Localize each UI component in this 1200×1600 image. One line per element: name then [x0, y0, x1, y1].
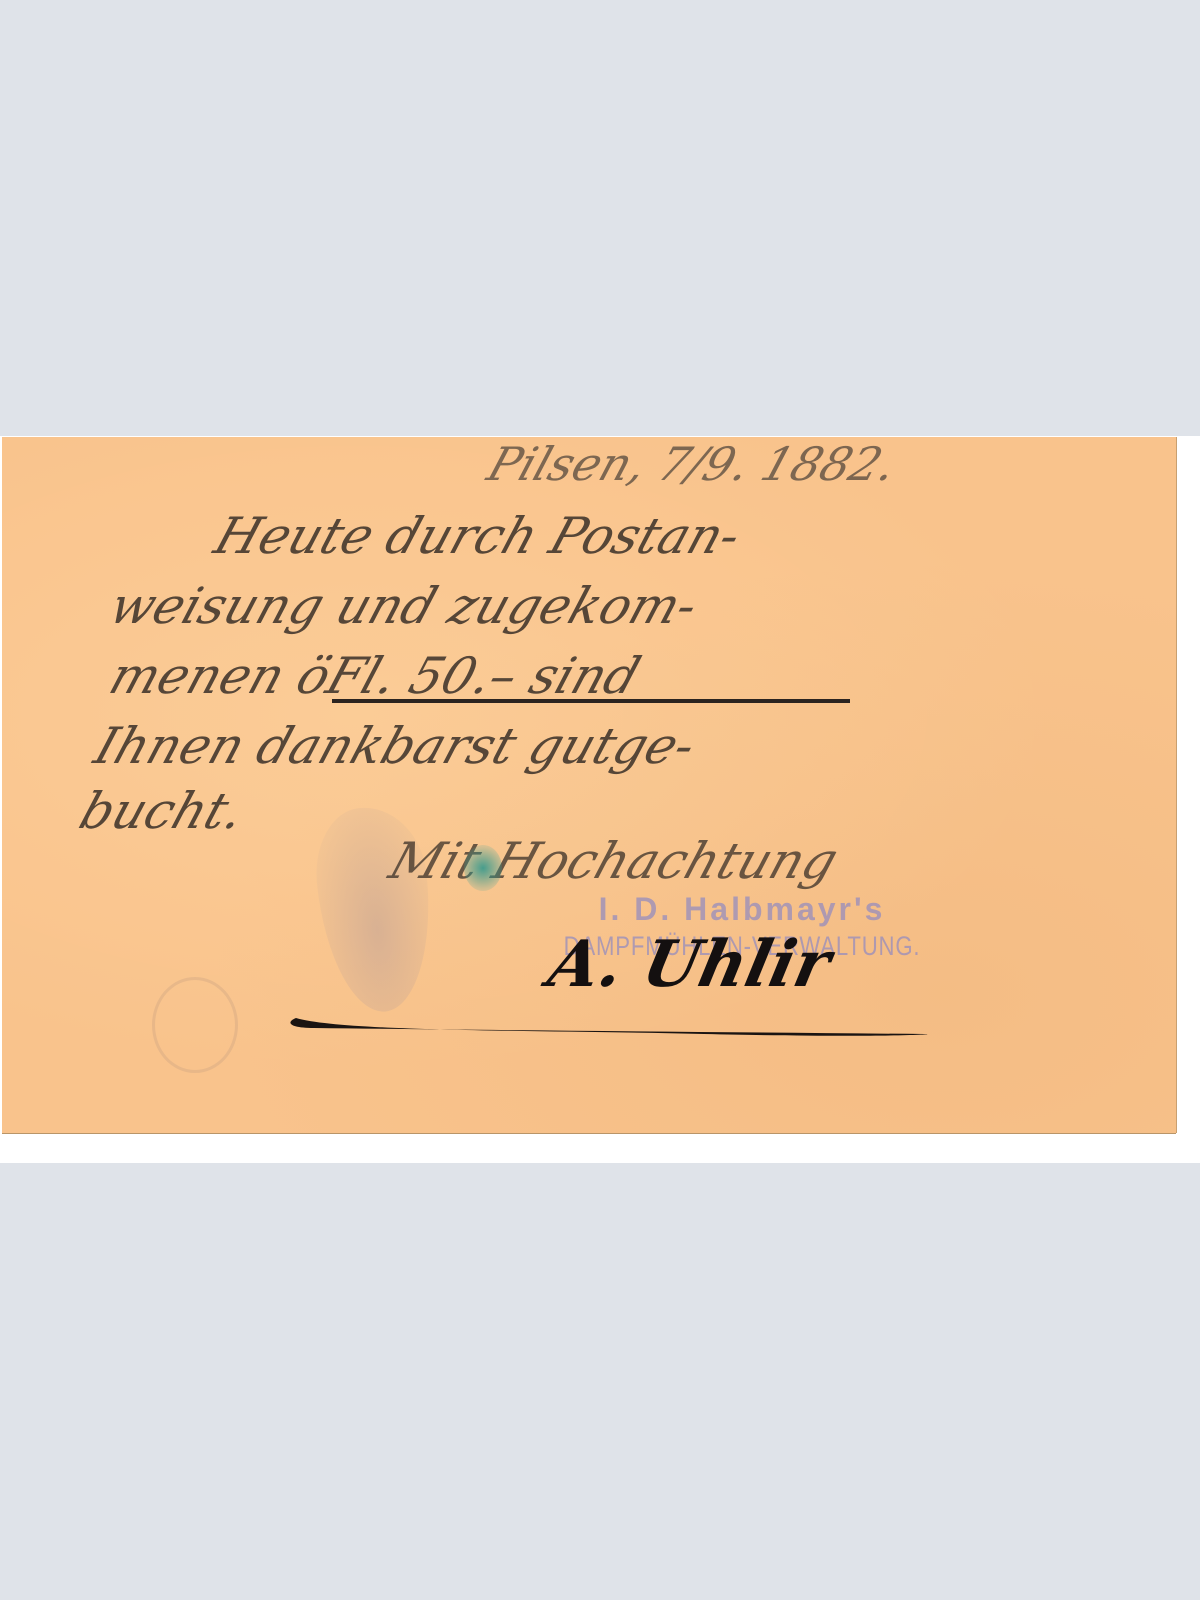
- handwritten-line-2: weisung und zugekom-: [103, 577, 705, 635]
- stamp-company-name: I. D. Halbmayr's: [507, 889, 977, 929]
- handwritten-line-3: menen öFl. 50.– sind: [103, 647, 648, 705]
- postcard: I. D. Halbmayr's DAMPFMÜHLEN-VERWALTUNG.…: [2, 437, 1176, 1133]
- green-ink-spot: [464, 845, 502, 891]
- amount-underline: [332, 699, 850, 703]
- signature: A. Uhlir: [542, 927, 837, 1002]
- handwritten-date-line: Pilsen, 7/9. 1882.: [481, 437, 904, 491]
- handwritten-line-4: Ihnen dankbarst gutge-: [88, 717, 703, 775]
- handwritten-line-1: Heute durch Postan-: [208, 507, 748, 565]
- handwritten-line-5: bucht.: [73, 782, 252, 840]
- faint-postmark: [152, 977, 238, 1073]
- handwritten-closing: Mit Hochachtung: [383, 832, 845, 890]
- signature-flourish: [284, 1012, 944, 1036]
